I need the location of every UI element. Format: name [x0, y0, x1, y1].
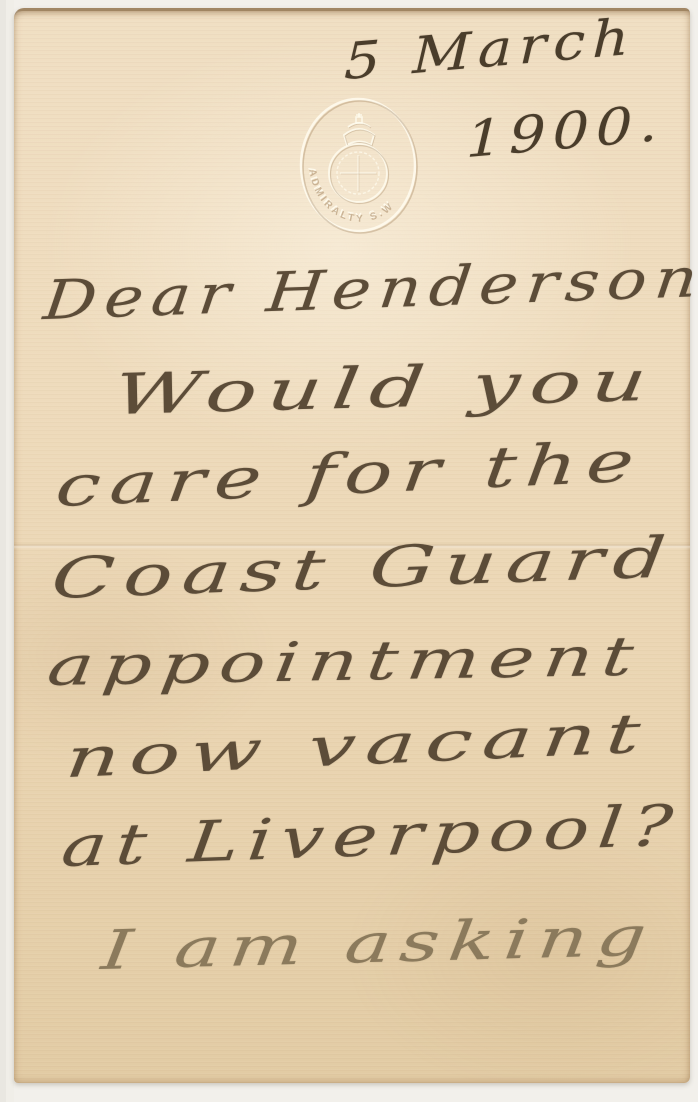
- seal-caption: ADMIRALTY S.W: [306, 168, 397, 225]
- handwritten-line-salutation: Dear Henderson,: [41, 245, 698, 332]
- handwritten-line: care for the: [53, 429, 646, 520]
- date-day-month: 5 March: [343, 7, 636, 91]
- handwritten-line: at Liverpool?: [59, 793, 685, 880]
- handwritten-line: appointment: [44, 625, 646, 699]
- handwritten-line: Coast Guard: [49, 525, 679, 612]
- scanned-letter-scene: ADMIRALTY S.W ADMIRALTY S.W 5 March 1900…: [0, 0, 698, 1102]
- seal-graphic: ADMIRALTY S.W ADMIRALTY S.W: [296, 89, 422, 237]
- letter-paper: ADMIRALTY S.W ADMIRALTY S.W 5 March 1900…: [14, 8, 690, 1083]
- handwritten-line: now vacant: [63, 701, 653, 790]
- admiralty-embossed-seal: ADMIRALTY S.W ADMIRALTY S.W: [296, 89, 422, 237]
- crown-icon: [344, 113, 375, 146]
- coat-of-arms-icon: [329, 144, 389, 204]
- handwritten-line-faded: I am asking: [98, 904, 658, 982]
- date-year: 1900.: [465, 93, 664, 169]
- handwritten-line: Would you: [110, 349, 660, 428]
